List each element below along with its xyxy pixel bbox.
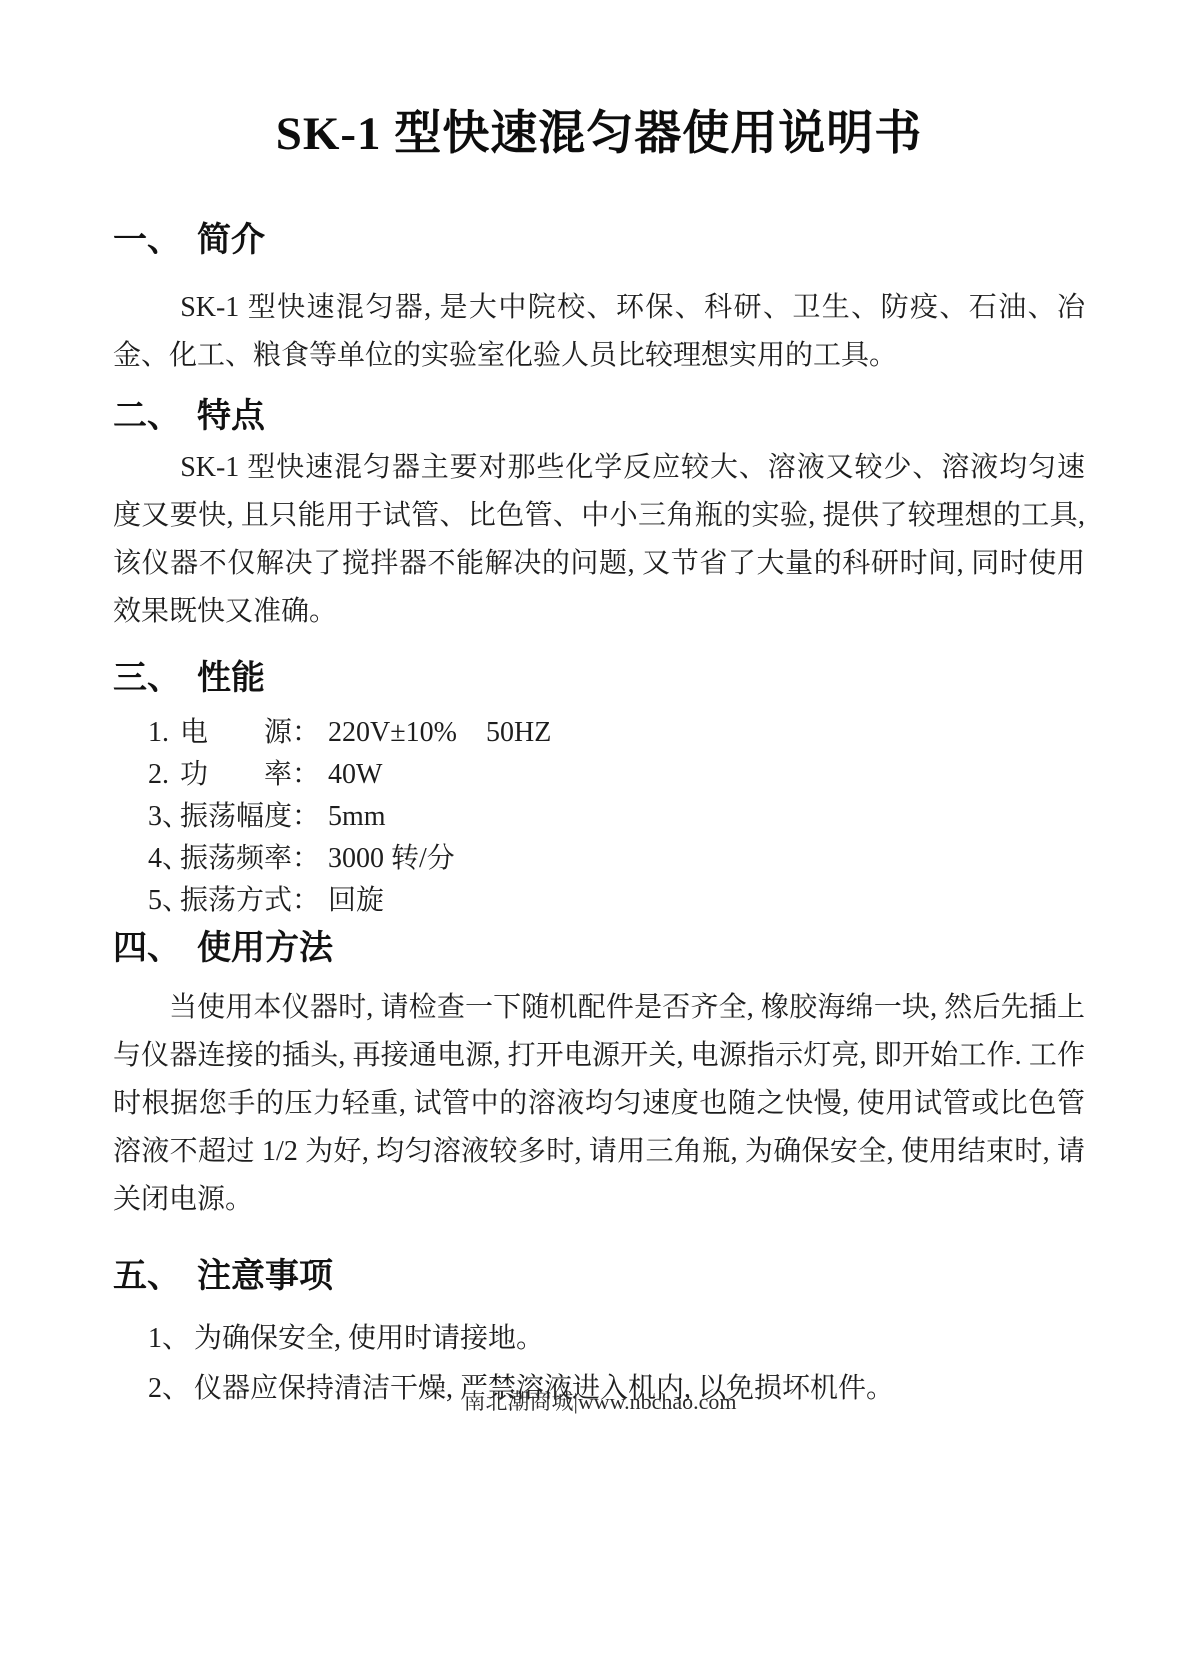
paragraph-features: SK-1 型快速混匀器主要对那些化学反应较大、溶液又较少、溶液均匀速度又要快, … [113,444,1085,636]
spec-value: 40W [328,754,486,796]
paragraph-usage: 当使用本仪器时, 请检查一下随机配件是否齐全, 橡胶海绵一块, 然后先插上与仪器… [113,984,1085,1224]
note-text: 为确保安全, 使用时请接地。 [194,1323,544,1354]
spec-label: 振荡幅度： [180,796,328,838]
section-performance: 三、性能 1.电 源：220V±10%50HZ 2.功 率：40W 3、振荡幅度… [113,656,1085,922]
spec-value-secondary: 50HZ [486,717,551,748]
section-intro: 一、简介 SK-1 型快速混匀器, 是大中院校、环保、科研、卫生、防疫、石油、冶… [113,218,1085,380]
section-heading-intro: 一、简介 [113,218,1085,262]
section-number: 一、 [113,221,181,259]
section-features: 二、特点 SK-1 型快速混匀器主要对那些化学反应较大、溶液又较少、溶液均匀速度… [113,394,1085,636]
section-heading-usage: 四、使用方法 [113,926,1085,970]
spec-value: 回旋 [328,880,486,922]
document-title: SK-1 型快速混匀器使用说明书 [113,104,1085,164]
spec-value: 5mm [328,796,486,838]
spec-row: 4、振荡频率：3000 转/分 [148,838,1085,880]
page-footer: 南北潮商城|www.nbchao.com [0,1388,1200,1416]
section-title: 使用方法 [197,929,333,967]
spec-number: 3、 [148,796,180,838]
section-number: 二、 [113,397,181,435]
spec-row: 2.功 率：40W [148,754,1085,796]
section-number: 五、 [113,1257,181,1295]
section-title: 特点 [197,397,265,435]
spec-value: 3000 转/分 [328,838,486,880]
spec-number: 2. [148,754,180,796]
section-heading-notes: 五、注意事项 [113,1254,1085,1298]
paragraph-intro: SK-1 型快速混匀器, 是大中院校、环保、科研、卫生、防疫、石油、冶金、化工、… [113,284,1085,380]
spec-number: 5、 [148,880,180,922]
note-number: 1、 [148,1314,194,1364]
spec-row: 1.电 源：220V±10%50HZ [148,712,1085,754]
section-usage: 四、使用方法 当使用本仪器时, 请检查一下随机配件是否齐全, 橡胶海绵一块, 然… [113,926,1085,1224]
spec-list: 1.电 源：220V±10%50HZ 2.功 率：40W 3、振荡幅度：5mm … [148,712,1085,922]
spec-label: 振荡方式： [180,880,328,922]
section-title: 性能 [197,659,265,697]
note-item: 1、为确保安全, 使用时请接地。 [148,1314,1085,1364]
spec-label: 功 率： [180,754,328,796]
spec-label: 振荡频率： [180,838,328,880]
section-number: 三、 [113,659,181,697]
section-number: 四、 [113,929,181,967]
spec-number: 4、 [148,838,180,880]
document-page: SK-1 型快速混匀器使用说明书 一、简介 SK-1 型快速混匀器, 是大中院校… [0,0,1200,1664]
spec-value: 220V±10% [328,712,486,754]
spec-number: 1. [148,712,180,754]
spec-row: 3、振荡幅度：5mm [148,796,1085,838]
section-title: 注意事项 [197,1257,333,1295]
section-heading-performance: 三、性能 [113,656,1085,700]
spec-row: 5、振荡方式：回旋 [148,880,1085,922]
spec-label: 电 源： [180,712,328,754]
document-content: SK-1 型快速混匀器使用说明书 一、简介 SK-1 型快速混匀器, 是大中院校… [113,104,1085,1414]
section-title: 简介 [197,221,265,259]
section-heading-features: 二、特点 [113,394,1085,438]
